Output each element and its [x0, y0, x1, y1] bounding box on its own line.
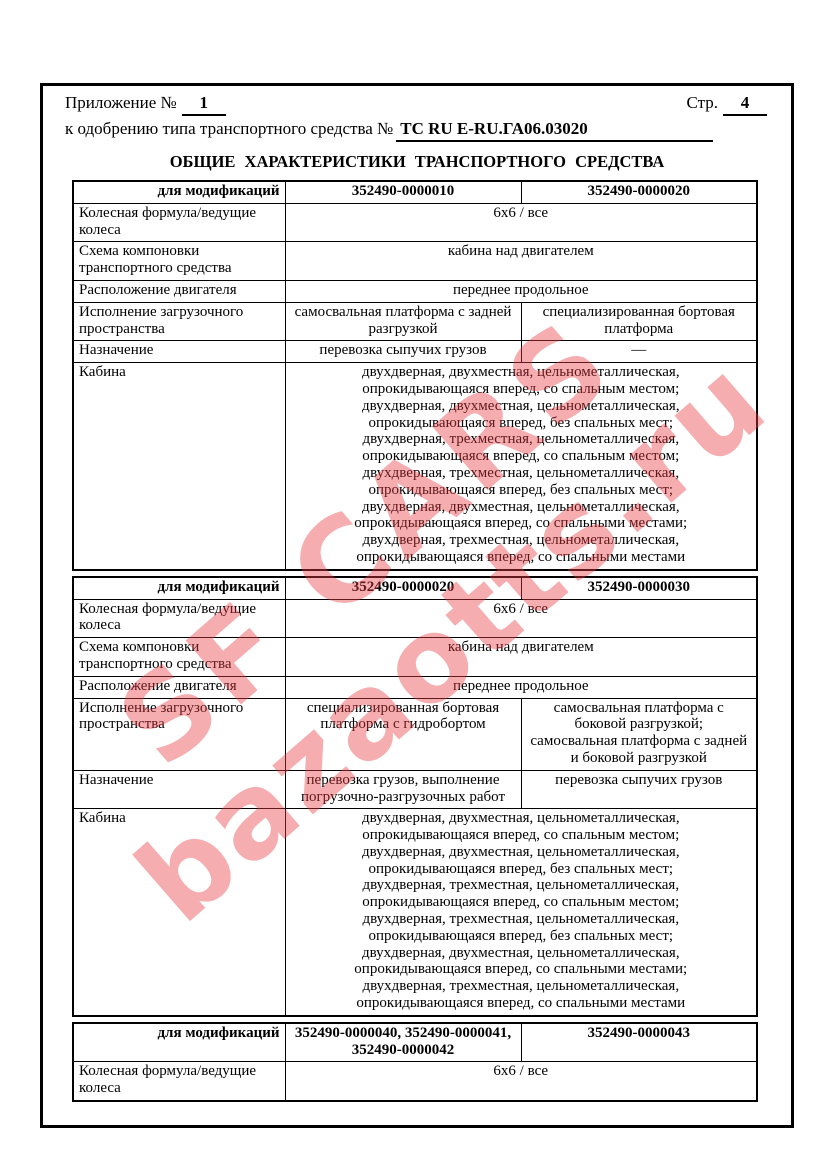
page-number-block: Стр.4: [686, 93, 767, 116]
page-number-label: Стр.: [686, 93, 718, 112]
t1-header-model-1: 352490-0000010: [285, 181, 521, 203]
t1-layout-value: кабина над двигателем: [285, 242, 757, 281]
t1-purpose-label: Назначение: [73, 341, 285, 363]
t1-engine-label: Расположение двигателя: [73, 280, 285, 302]
t2-cargo-value-2: самосвальная платформа с боковой разгруз…: [521, 698, 757, 770]
t2-header-model-1: 352490-0000020: [285, 577, 521, 599]
t1-layout-label: Схема компоновки транспортного средства: [73, 242, 285, 281]
page-number-value: 4: [723, 93, 767, 116]
t2-cabin-label: Кабина: [73, 809, 285, 1016]
t2-cargo-value-1: специализированная бортовая платформа с …: [285, 698, 521, 770]
appendix-label: Приложение №: [65, 93, 177, 112]
approval-number: ТС RU E-RU.ГА06.03020: [396, 119, 712, 142]
t1-engine-value: переднее продольное: [285, 280, 757, 302]
t2-purpose-value-2: перевозка сыпучих грузов: [521, 770, 757, 809]
t2-cabin-value: двухдверная, двухместная, цельнометаллич…: [285, 809, 757, 1016]
t1-purpose-value-1: перевозка сыпучих грузов: [285, 341, 521, 363]
t2-purpose-value-1: перевозка грузов, выполнение погрузочно-…: [285, 770, 521, 809]
t2-wheels-value: 6х6 / все: [285, 599, 757, 638]
approval-line: к одобрению типа транспортного средства …: [43, 116, 791, 139]
table-row: Кабина двухдверная, двухместная, цельном…: [73, 363, 757, 570]
document-title: ОБЩИЕ ХАРАКТЕРИСТИКИ ТРАНСПОРТНОГО СРЕДС…: [43, 152, 791, 172]
t2-layout-label: Схема компоновки транспортного средства: [73, 638, 285, 677]
t1-header-model-2: 352490-0000020: [521, 181, 757, 203]
table-row: Кабина двухдверная, двухместная, цельном…: [73, 809, 757, 1016]
t3-header-label: для модификаций: [73, 1023, 285, 1062]
spec-table-2: для модификаций 352490-0000020 352490-00…: [72, 576, 758, 1017]
t2-purpose-label: Назначение: [73, 770, 285, 809]
table-row: Схема компоновки транспортного средства …: [73, 242, 757, 281]
approval-label: к одобрению типа транспортного средства …: [65, 119, 393, 138]
table-row: для модификаций 352490-0000010 352490-00…: [73, 181, 757, 203]
spec-table-3: для модификаций 352490-0000040, 352490-0…: [72, 1022, 758, 1102]
t1-cargo-value-1: самосвальная платформа с задней разгрузк…: [285, 302, 521, 341]
t1-wheels-value: 6х6 / все: [285, 203, 757, 242]
appendix-number: 1: [182, 93, 226, 116]
table-row: для модификаций 352490-0000040, 352490-0…: [73, 1023, 757, 1062]
table-row: для модификаций 352490-0000020 352490-00…: [73, 577, 757, 599]
table-row: Исполнение загрузочного пространства спе…: [73, 698, 757, 770]
t2-wheels-label: Колесная формула/ведущие колеса: [73, 599, 285, 638]
appendix-block: Приложение №1: [65, 93, 226, 116]
table-row: Расположение двигателя переднее продольн…: [73, 280, 757, 302]
t2-header-model-2: 352490-0000030: [521, 577, 757, 599]
t1-cargo-value-2: специализированная бортовая платформа: [521, 302, 757, 341]
table-row: Назначение перевозка грузов, выполнение …: [73, 770, 757, 809]
table-row: Колесная формула/ведущие колеса 6х6 / вс…: [73, 599, 757, 638]
t2-engine-value: переднее продольное: [285, 676, 757, 698]
table-row: Исполнение загрузочного пространства сам…: [73, 302, 757, 341]
table-row: Колесная формула/ведущие колеса 6х6 / вс…: [73, 203, 757, 242]
page-frame: Приложение №1 Стр.4 к одобрению типа тра…: [40, 83, 794, 1128]
t1-wheels-label: Колесная формула/ведущие колеса: [73, 203, 285, 242]
t2-engine-label: Расположение двигателя: [73, 676, 285, 698]
t1-cabin-label: Кабина: [73, 363, 285, 570]
t1-header-label: для модификаций: [73, 181, 285, 203]
t2-layout-value: кабина над двигателем: [285, 638, 757, 677]
document-page: Приложение №1 Стр.4 к одобрению типа тра…: [0, 0, 827, 1170]
t2-header-label: для модификаций: [73, 577, 285, 599]
table-row: Схема компоновки транспортного средства …: [73, 638, 757, 677]
t3-header-model-1: 352490-0000040, 352490-0000041, 352490-0…: [285, 1023, 521, 1062]
table-row: Назначение перевозка сыпучих грузов —: [73, 341, 757, 363]
t1-purpose-value-2: —: [521, 341, 757, 363]
t3-header-model-2: 352490-0000043: [521, 1023, 757, 1062]
t2-cargo-label: Исполнение загрузочного пространства: [73, 698, 285, 770]
t3-wheels-label: Колесная формула/ведущие колеса: [73, 1062, 285, 1101]
t3-wheels-value: 6х6 / все: [285, 1062, 757, 1101]
t1-cabin-value: двухдверная, двухместная, цельнометаллич…: [285, 363, 757, 570]
spec-table-1: для модификаций 352490-0000010 352490-00…: [72, 180, 758, 571]
top-header-row: Приложение №1 Стр.4: [43, 86, 791, 116]
t1-cargo-label: Исполнение загрузочного пространства: [73, 302, 285, 341]
table-row: Расположение двигателя переднее продольн…: [73, 676, 757, 698]
table-row: Колесная формула/ведущие колеса 6х6 / вс…: [73, 1062, 757, 1101]
